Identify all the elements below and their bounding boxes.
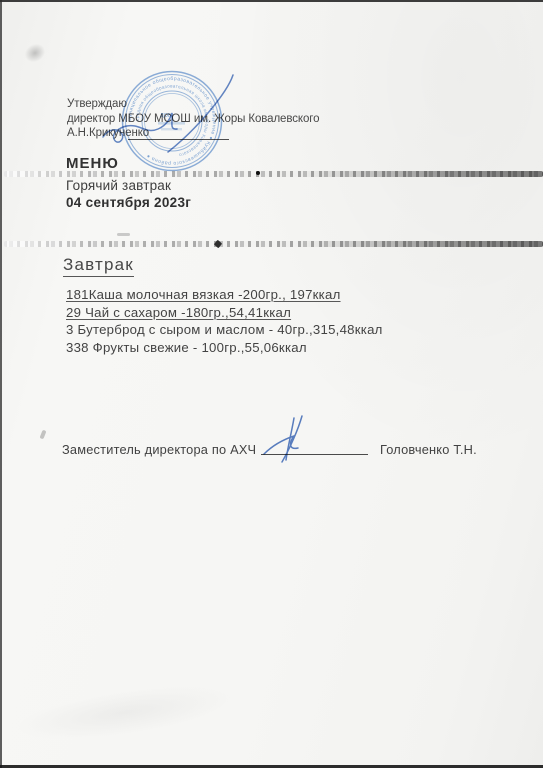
ink-dot xyxy=(256,171,260,175)
scan-noise-band xyxy=(4,171,543,177)
paper-mark xyxy=(117,233,130,236)
menu-item: 181Каша молочная вязкая -200гр., 197ккал xyxy=(66,286,383,304)
section-title-breakfast: Завтрак xyxy=(63,255,134,277)
menu-item: 3 Бутерброд с сыром и маслом - 40гр.,315… xyxy=(66,321,383,339)
scan-noise-band xyxy=(4,241,543,247)
menu-item: 338 Фрукты свежие - 100гр.,55,06ккал xyxy=(66,339,383,357)
paper-smudge xyxy=(21,40,49,66)
footer-deputy-label: Заместитель директора по АХЧ xyxy=(62,442,256,457)
menu-title: МЕНЮ xyxy=(66,155,119,172)
paper-mark xyxy=(39,430,46,440)
menu-item: 29 Чай с сахаром -180гр.,54,41ккал xyxy=(66,304,383,322)
deputy-signature xyxy=(258,414,320,466)
director-signature xyxy=(95,65,240,160)
scan-edge-top xyxy=(0,0,543,2)
scan-edge-left xyxy=(0,0,2,768)
menu-items-list: 181Каша молочная вязкая -200гр., 197ккал… xyxy=(66,286,383,356)
scanned-menu-document: Утверждаю директор МБОУ МСОШ им. Жоры Ко… xyxy=(0,0,543,768)
paper-streak xyxy=(13,675,237,750)
menu-date: 04 сентября 2023г xyxy=(66,195,191,210)
menu-subtitle: Горячий завтрак xyxy=(66,178,171,193)
footer-deputy-name: Головченко Т.Н. xyxy=(380,442,477,457)
